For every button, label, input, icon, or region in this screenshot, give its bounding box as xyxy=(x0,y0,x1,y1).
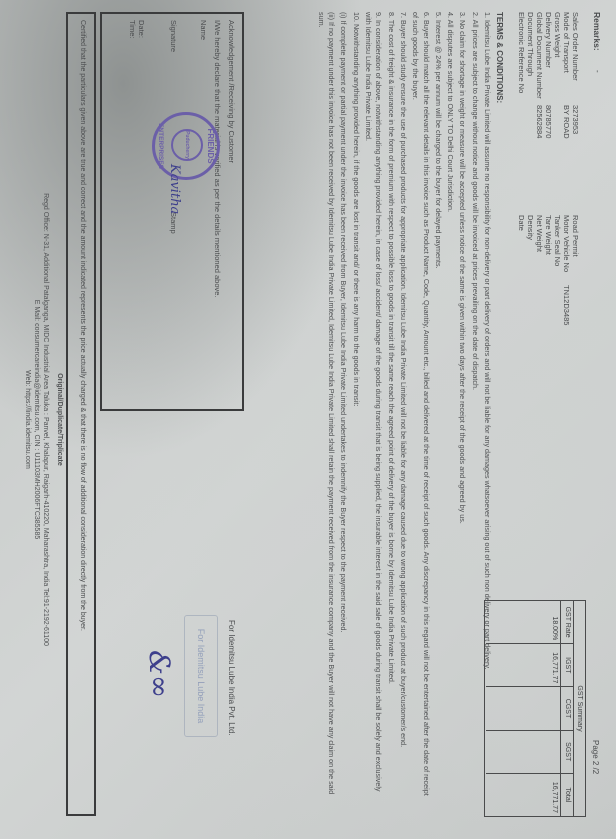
delivery-number: 80785770 xyxy=(544,105,553,138)
certification-box: Certified that the particulars given abo… xyxy=(66,12,96,816)
term-item: 3. No claim for shortage in weight or me… xyxy=(457,12,467,802)
stamp-center-text: Puducherry xyxy=(171,129,203,161)
cgst-amount xyxy=(486,687,560,730)
term-item: 1. Idemitsu Lube India Private Limited w… xyxy=(482,12,492,802)
registered-office: Regd Office: N-31, Additional Patalganga… xyxy=(41,0,50,839)
term-item: 9. In consideration of above, notwithsta… xyxy=(363,12,384,802)
mode-of-transport: BY ROAD xyxy=(562,105,571,139)
meta-label: Density xyxy=(526,215,535,240)
stamp-bottom-text: ENTERPRISES xyxy=(157,115,164,177)
certification-text: Certified that the particulars given abo… xyxy=(79,20,86,631)
term-item: 2. All prices are subject to change with… xyxy=(469,12,479,802)
meta-label: Road Permit xyxy=(571,215,580,257)
gst-col-header: CGST xyxy=(561,687,573,730)
invoice-page: Remarks: - Page 2 /2 Sales Order Number … xyxy=(0,0,616,839)
meta-label: Date xyxy=(517,215,526,231)
gst-col-header: GST Rate xyxy=(561,601,573,644)
sgst-amount xyxy=(486,731,560,774)
stamp-top-text: FRIENDS xyxy=(206,115,215,177)
company-stamp: For Idemitsu Lube India xyxy=(184,615,218,737)
gst-value-row: 18.00% 16,771.77 16,771.77 xyxy=(486,601,560,816)
contact-email: E Mail: consumercareindia@idemitsu.com, … xyxy=(32,0,41,839)
meta-label: Mode of Transport xyxy=(562,12,571,73)
sales-order-number: 3273953 xyxy=(571,105,580,134)
meta-label: Electronic Reference No xyxy=(517,12,526,93)
meta-label: Sales Order Number xyxy=(571,12,580,81)
stamp-label: Stamp xyxy=(169,212,178,234)
page-number: Page 2 /2 xyxy=(590,740,600,774)
gst-rate: 18.00% xyxy=(486,601,560,644)
motor-vehicle-number: TN12D3485 xyxy=(562,285,571,325)
date-label: Date: xyxy=(137,20,146,38)
website: Web: https://lindia.idemitsu.com xyxy=(23,0,32,839)
term-item: 5. Interest @ 24% per annum will be char… xyxy=(433,12,443,802)
term-item: (i) If complete payment or partial payme… xyxy=(338,12,348,802)
ack-title: Acknowledgement /Receiving by Customer xyxy=(227,20,236,163)
customer-signature: Kavitha xyxy=(167,164,182,214)
customer-rubber-stamp: FRIENDS Puducherry ENTERPRISES xyxy=(152,112,220,180)
igst-amount: 16,771.77 xyxy=(486,644,560,687)
meta-label: Gross Weight xyxy=(553,12,562,57)
copy-label: Original/Duplicate/Triplicate xyxy=(55,0,64,839)
meta-label: Delivery Number xyxy=(544,12,553,68)
signature-label: Signature xyxy=(169,20,178,52)
meta-label: Motor Vehicle No xyxy=(562,215,571,272)
meta-label: Net Weight xyxy=(535,215,544,252)
terms-title: TERMS & CONDITIONS: xyxy=(494,12,504,103)
gst-summary-table: GST Summary GST Rate IGST CGST SGST Tota… xyxy=(484,600,586,817)
term-item: 6. Buyer should match all the relevant d… xyxy=(410,12,431,802)
meta-label: Global Document Number xyxy=(535,12,544,99)
term-item: 7. Buyer should study ensure the use of … xyxy=(398,12,408,802)
term-item: 10. Notwithstanding anything provided he… xyxy=(350,12,360,802)
total-amount: 16,771.77 xyxy=(486,774,560,816)
meta-label: Document Through xyxy=(526,12,535,76)
term-item: 4. All disputes are subject to ONLY TO D… xyxy=(445,12,455,802)
term-item: 8. The cost of freight & insurance in th… xyxy=(385,12,395,802)
terms-list: 1. Idemitsu Lube India Private Limited w… xyxy=(314,12,492,802)
gst-col-header: Total xyxy=(561,774,573,816)
time-label: Time: xyxy=(128,20,137,38)
remarks-label: Remarks: xyxy=(592,12,602,51)
meta-label: Tanker Seal No xyxy=(553,215,562,266)
gst-col-header: SGST xyxy=(561,731,573,774)
term-item: (ii) If no payment under this invoice ha… xyxy=(316,12,337,802)
gst-summary-title: GST Summary xyxy=(573,601,585,816)
company-sign-label: For Idemitsu Lube India Pvt. Ltd. xyxy=(226,620,236,736)
company-signature: &∞ xyxy=(143,650,176,698)
global-document-number: 82562884 xyxy=(535,105,544,138)
name-label: Name xyxy=(199,20,208,40)
gst-header-row: GST Rate IGST CGST SGST Total xyxy=(560,601,573,816)
gst-col-header: IGST xyxy=(561,644,573,687)
remarks-value: - xyxy=(592,70,602,73)
meta-label: Tare Weight xyxy=(544,215,553,255)
acknowledgement-box: Acknowledgement /Receiving by Customer I… xyxy=(100,12,244,411)
